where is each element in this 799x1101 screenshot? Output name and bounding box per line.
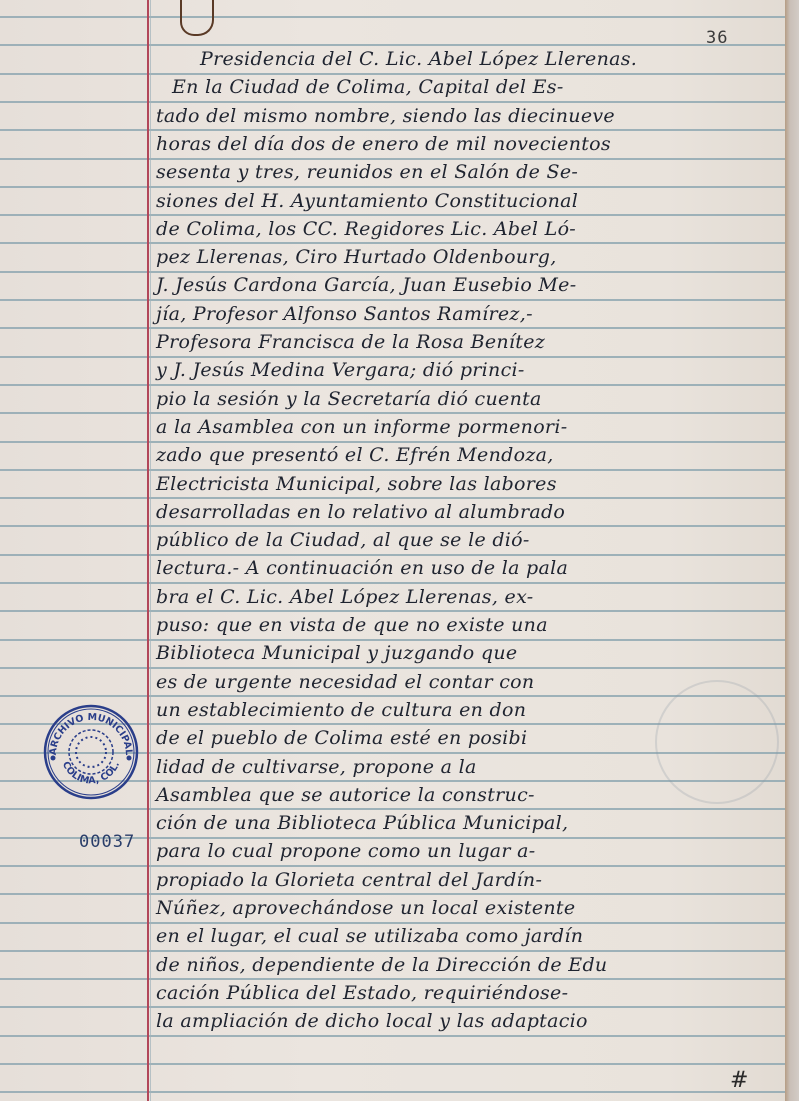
ruled-line (0, 186, 785, 188)
text-line: de niños, dependiente de la Dirección de… (156, 954, 607, 976)
text-line: en el lugar, el cual se utilizaba como j… (156, 925, 583, 947)
ruled-line (0, 950, 785, 952)
ruled-line (0, 978, 785, 980)
text-line: ción de una Biblioteca Pública Municipal… (156, 812, 568, 834)
ruled-line (0, 356, 785, 358)
text-line: Profesora Francisca de la Rosa Benítez (156, 331, 545, 353)
text-line: horas del día dos de enero de mil noveci… (156, 133, 611, 155)
text-line: jía, Profesor Alfonso Santos Ramírez,- (156, 303, 533, 325)
ruled-line (0, 16, 785, 18)
document-page: 36 ARCHIVO MUNICIPAL COLIMA, COL. 00037 … (0, 0, 785, 1101)
ruled-line (0, 667, 785, 669)
text-line: tado del mismo nombre, siendo las diecin… (156, 105, 615, 127)
text-line: pez Llerenas, Ciro Hurtado Oldenbourg, (156, 246, 557, 268)
page-number: 36 (706, 28, 728, 48)
ruled-line (0, 299, 785, 301)
ruled-line (0, 893, 785, 895)
page-edge (785, 0, 799, 1101)
text-line: y J. Jesús Medina Vergara; dió princi- (156, 359, 525, 381)
ruled-line (0, 469, 785, 471)
text-line: de el pueblo de Colima esté en posibi (156, 727, 527, 749)
text-line: para lo cual propone como un lugar a- (156, 840, 535, 862)
ruled-line (0, 327, 785, 329)
archive-stamp: ARCHIVO MUNICIPAL COLIMA, COL. (42, 703, 140, 801)
ruled-line (0, 129, 785, 131)
ruled-line (0, 101, 785, 103)
faint-stamp-impression (655, 680, 779, 804)
text-line: la ampliación de dicho local y las adapt… (156, 1010, 588, 1032)
text-line: público de la Ciudad, al que se le dió- (156, 529, 530, 551)
stamp-seal-icon: ARCHIVO MUNICIPAL COLIMA, COL. (42, 703, 140, 801)
ruled-line (0, 441, 785, 443)
ruled-line (0, 554, 785, 556)
svg-text:COLIMA, COL.: COLIMA, COL. (60, 760, 122, 787)
text-line: propiado la Glorieta central del Jardín- (156, 869, 542, 891)
ruled-line (0, 158, 785, 160)
text-line: Núñez, aprovechándose un local existente (156, 897, 575, 919)
text-line: lidad de cultivarse, propone a la (156, 756, 477, 778)
text-line: un establecimiento de cultura en don (156, 699, 526, 721)
text-line: pio la sesión y la Secretaría dió cuenta (156, 388, 542, 410)
text-line: es de urgente necesidad el contar con (156, 671, 534, 693)
ruled-line (0, 639, 785, 641)
text-line: a la Asamblea con un informe pormenori- (156, 416, 567, 438)
ruled-line (0, 73, 785, 75)
text-line: de Colima, los CC. Regidores Lic. Abel L… (156, 218, 576, 240)
text-line: Presidencia del C. Lic. Abel López Llere… (200, 48, 637, 70)
ruled-line (0, 384, 785, 386)
margin-line-blue (150, 0, 151, 1101)
ruled-line (0, 1063, 785, 1065)
text-line: siones del H. Ayuntamiento Constituciona… (156, 190, 578, 212)
ruled-line (0, 695, 785, 697)
text-line: puso: que en vista de que no existe una (156, 614, 548, 636)
ruled-line (0, 1091, 785, 1093)
ruled-line (0, 497, 785, 499)
ruled-line (0, 582, 785, 584)
ruled-line (0, 1035, 785, 1037)
ruled-line (0, 412, 785, 414)
ruled-line (0, 922, 785, 924)
ruled-line (0, 242, 785, 244)
text-line: Electricista Municipal, sobre las labore… (156, 473, 557, 495)
archive-number: 00037 (79, 832, 135, 852)
ruled-line (0, 214, 785, 216)
text-line: cación Pública del Estado, requiriéndose… (156, 982, 568, 1004)
text-line: J. Jesús Cardona García, Juan Eusebio Me… (156, 274, 576, 296)
text-line: En la Ciudad de Colima, Capital del Es- (172, 76, 564, 98)
ruled-line (0, 865, 785, 867)
margin-line-red (147, 0, 149, 1101)
paper-clip-mark (180, 0, 214, 36)
text-line: bra el C. Lic. Abel López Llerenas, ex- (156, 586, 534, 608)
text-line: Asamblea que se autorice la construc- (156, 784, 535, 806)
ruled-line (0, 44, 785, 46)
ruled-line (0, 610, 785, 612)
text-line: desarrolladas en lo relativo al alumbrad… (156, 501, 565, 523)
ruled-line (0, 1006, 785, 1008)
text-line: Biblioteca Municipal y juzgando que (156, 642, 517, 664)
ruled-line (0, 808, 785, 810)
text-line: zado que presentó el C. Efrén Mendoza, (156, 444, 554, 466)
text-line: sesenta y tres, reunidos en el Salón de … (156, 161, 578, 183)
ruled-line (0, 525, 785, 527)
text-line: lectura.- A continuación en uso de la pa… (156, 557, 568, 579)
end-mark: # (730, 1068, 748, 1093)
ruled-line (0, 271, 785, 273)
